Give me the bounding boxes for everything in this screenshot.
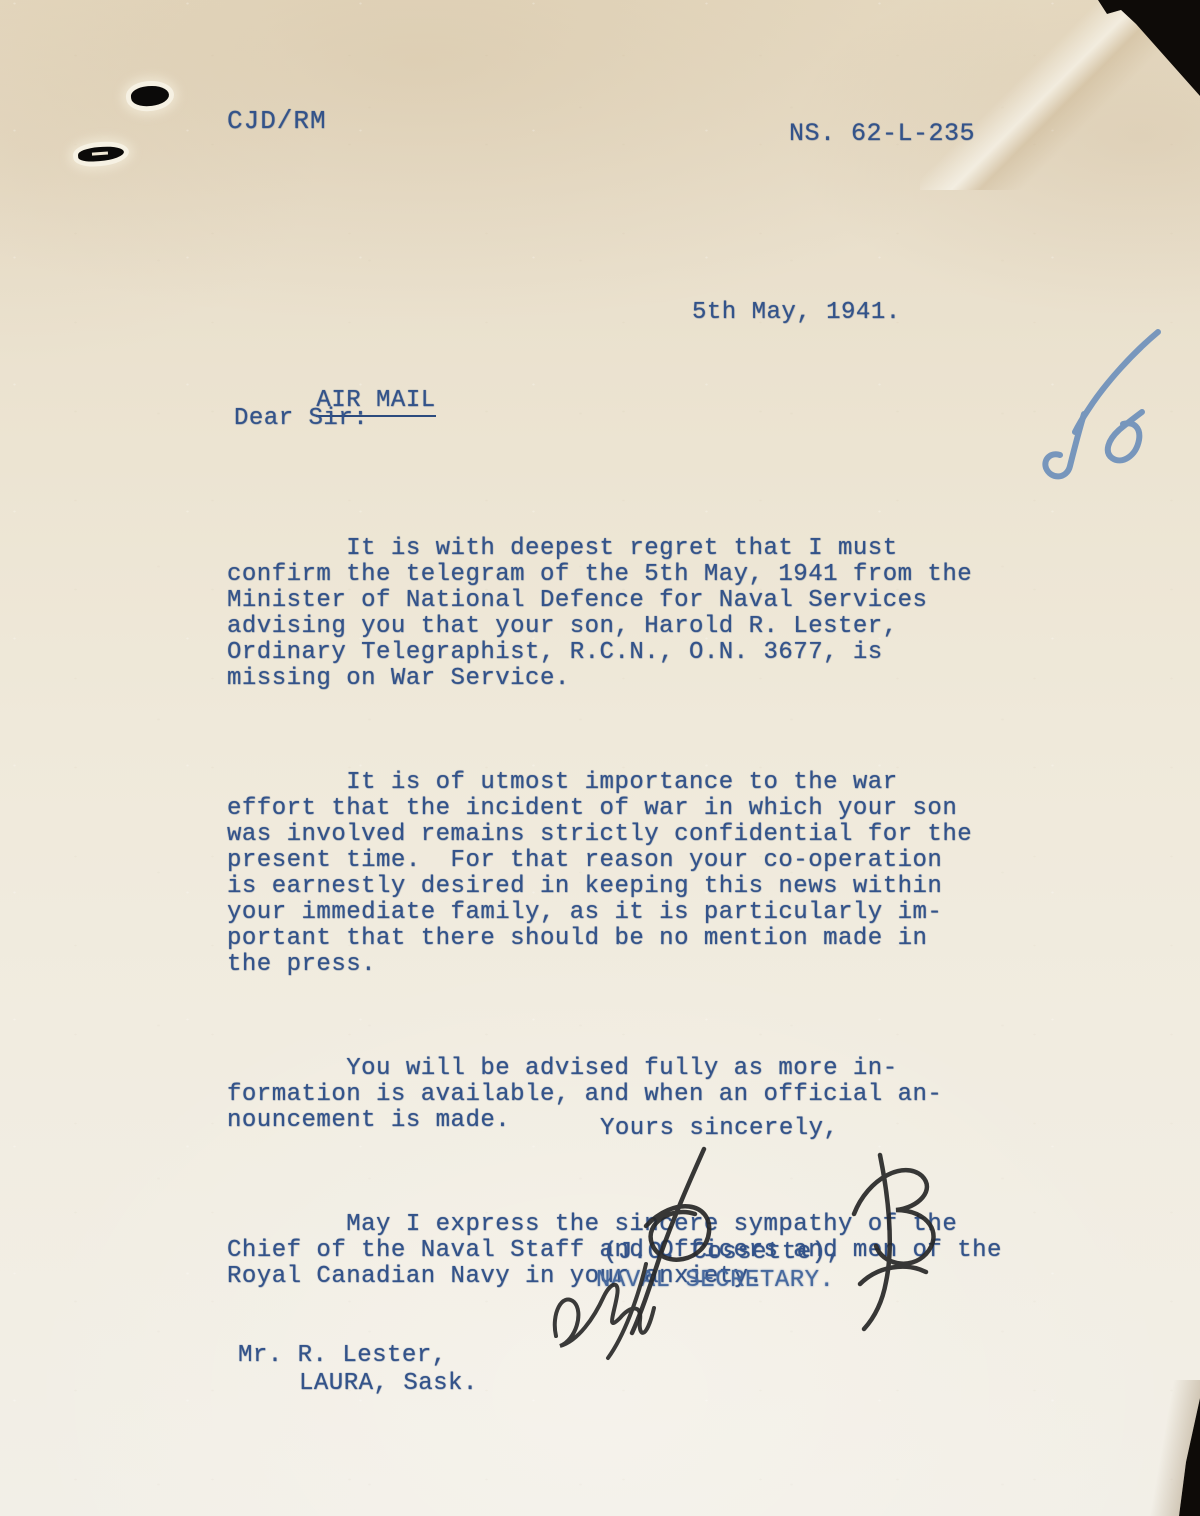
punch-hole-tear-1: [130, 84, 170, 108]
typed-line: You will be advised fully as more in-: [227, 1056, 1002, 1082]
scanned-letter-page: CJD/RM NS. 62-L-235 5th May, 1941. AIR M…: [0, 0, 1200, 1516]
file-number: NS. 62-L-235: [789, 121, 975, 147]
recipient-address: LAURA, Sask.: [299, 1371, 478, 1397]
typed-line: missing on War Service.: [227, 666, 1002, 692]
typed-line: effort that the incident of war in which…: [227, 796, 1002, 822]
closing-line: Yours sincerely,: [600, 1116, 838, 1142]
typed-line: advising you that your son, Harold R. Le…: [227, 614, 1002, 640]
date-line: 5th May, 1941.: [692, 300, 901, 326]
punch-hole-tear-2: [78, 145, 125, 162]
typed-line: Ordinary Telegraphist, R.C.N., O.N. 3677…: [227, 640, 1002, 666]
typist-initials: CJD/RM: [227, 108, 327, 134]
paragraph-1: It is with deepest regret that I mustcon…: [227, 536, 1002, 692]
typed-line: May I express the sincere sympathy of th…: [227, 1212, 1002, 1238]
typed-line: is earnestly desired in keeping this new…: [227, 874, 1002, 900]
typed-line: It is with deepest regret that I must: [227, 536, 1002, 562]
typed-line: confirm the telegram of the 5th May, 194…: [227, 562, 1002, 588]
paper-corner-crease: [920, 0, 1200, 190]
typed-line: was involved remains strictly confidenti…: [227, 822, 1002, 848]
recipient-name: Mr. R. Lester,: [238, 1343, 447, 1369]
paper-edge-shadow: [1140, 1380, 1200, 1516]
handwritten-50-annotation-icon: [1022, 328, 1167, 483]
typed-line: Minister of National Defence for Naval S…: [227, 588, 1002, 614]
letter-body: It is with deepest regret that I mustcon…: [227, 484, 1002, 1368]
typed-line: your immediate family, as it is particul…: [227, 900, 1002, 926]
paper-sheet: CJD/RM NS. 62-L-235 5th May, 1941. AIR M…: [0, 0, 1200, 1516]
typed-line: formation is available, and when an offi…: [227, 1082, 1002, 1108]
typed-line: portant that there should be no mention …: [227, 926, 1002, 952]
typed-line: It is of utmost importance to the war: [227, 770, 1002, 796]
typed-line: the press.: [227, 952, 1002, 978]
salutation: Dear Sir:: [234, 406, 368, 432]
signature-name: (J.O. Cossette),: [603, 1240, 841, 1266]
paragraph-2: It is of utmost importance to the wareff…: [227, 770, 1002, 978]
signature-title: NAVAL SECRETARY.: [596, 1268, 834, 1294]
typed-line: present time. For that reason your co-op…: [227, 848, 1002, 874]
